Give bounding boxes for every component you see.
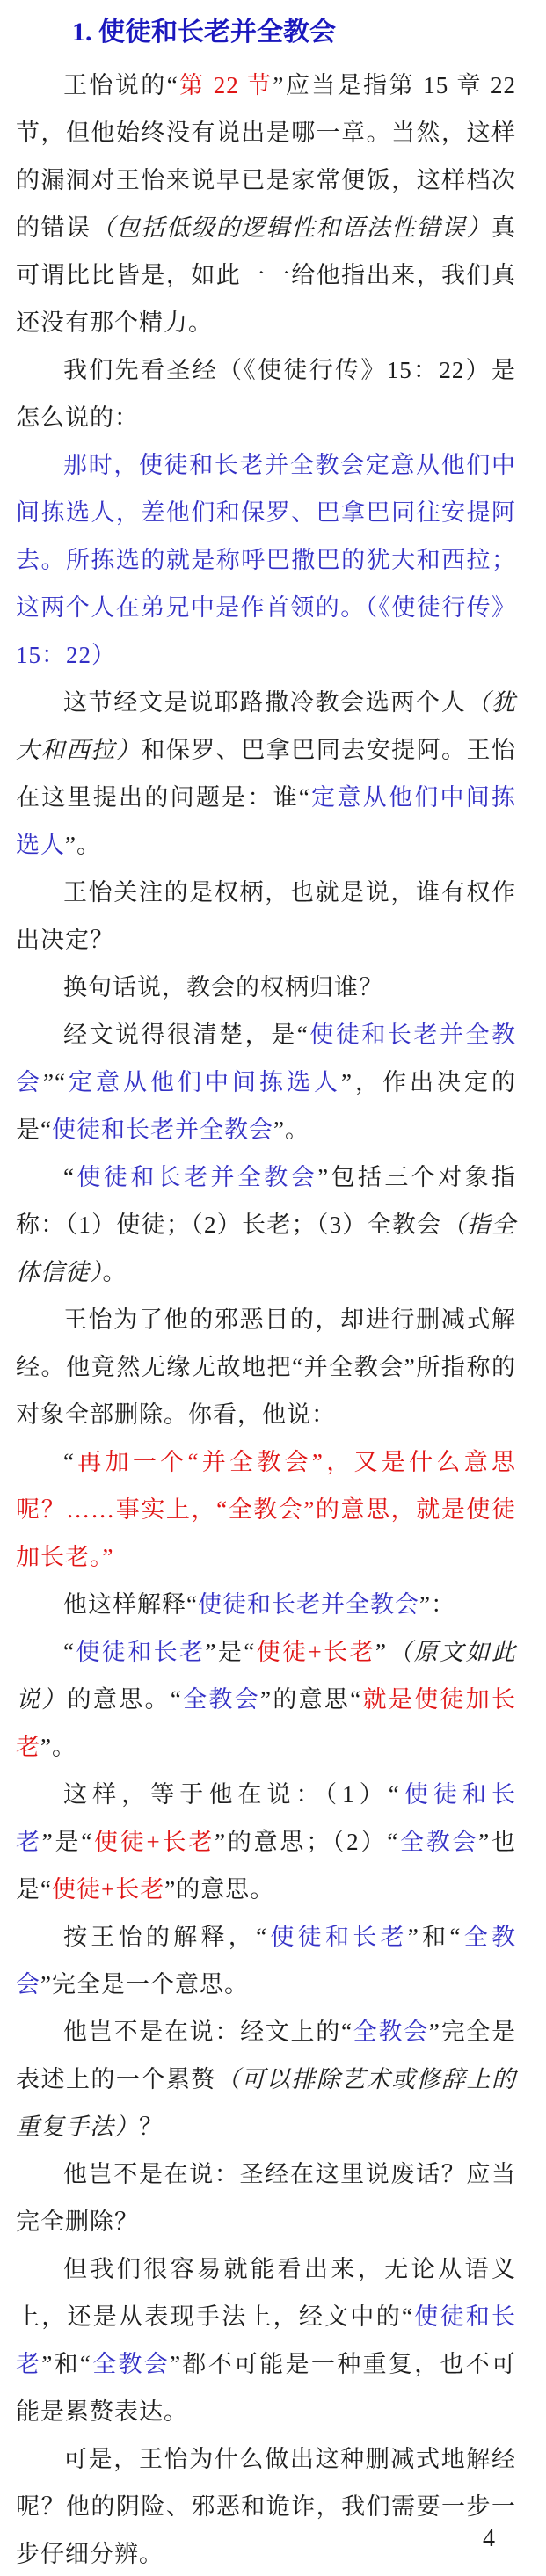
text-run: 我们先看圣经（《使徒行传》15：22）是怎么说的： [16,357,516,431]
text-run: 使徒+长老 [52,1876,164,1903]
page-title: 1. 使徒和长老并全教会 [72,12,516,53]
paragraph: 换句话说，教会的权柄归谁？ [16,964,516,1011]
text-run: ”。 [65,832,101,858]
text-run: “ [63,1449,75,1475]
text-run: ” [375,1639,387,1665]
text-run: 使徒和长老 [75,1639,205,1665]
text-run: ”是“ [205,1639,255,1665]
paragraph: “再加一个“并全教会”，又是什么意思呢？……事实上，“全教会”的意思，就是使徒加… [16,1438,516,1581]
text-run: ”是“ [42,1829,93,1855]
paragraph: “使徒和长老”是“使徒+长老”（原文如此说）的意思。“全教会”的意思“就是使徒加… [16,1628,516,1771]
text-run: 定意从他们中间拣选人 [66,1069,341,1095]
paragraph: 王怡为了他的邪恶目的，却进行删减式解经。他竟然无缘无故地把“并全教会”所指称的对… [16,1296,516,1438]
paragraph: 那时，使徒和长老并全教会定意从他们中间拣选人，差他们和保罗、巴拿巴同往安提阿去。… [16,441,516,679]
text-run: ”。 [40,1734,76,1760]
text-run: 这样，等于他在说：（1）“ [63,1781,400,1808]
paragraph: 王怡关注的是权柄，也就是说，谁有权作出决定？ [16,869,516,964]
text-run: ”的意思；（2）“ [215,1829,398,1855]
paragraph: 他岂不是在说：经文上的“全教会”完全是表述上的一个累赘（可以排除艺术或修辞上的重… [16,2008,516,2150]
paragraph: 王怡说的“第 22 节”应当是指第 15 章 22 节，但他始终没有说出是哪一章… [16,62,516,346]
text-run: 王怡说的“ [63,72,178,98]
text-run: 他岂不是在说：经文上的“ [63,2019,353,2045]
document-body: 王怡说的“第 22 节”应当是指第 15 章 22 节，但他始终没有说出是哪一章… [16,62,516,2576]
text-run: 王怡关注的是权柄，也就是说，谁有权作出决定？ [16,879,516,953]
text-run: ”： [419,1591,455,1618]
text-run: （包括低级的逻辑性和语法性错误） [91,215,491,241]
text-run: 这节经文是说耶路撒冷教会选两个人 [63,689,466,716]
paragraph: 但我们很容易就能看出来，无论从语义上，还是从表现手法上，经文中的“使徒和长老”和… [16,2245,516,2435]
paragraph: 这节经文是说耶路撒冷教会选两个人（犹大和西拉）和保罗、巴拿巴同去安提阿。王怡在这… [16,679,516,869]
text-run: 使徒和长老并全教会 [52,1117,273,1143]
paragraph: 这样，等于他在说：（1）“使徒和长老”是“使徒+长老”的意思；（2）“全教会”也… [16,1771,516,1913]
paragraph: 按王怡的解释，“使徒和长老”和“全教会”完全是一个意思。 [16,1913,516,2008]
paragraph: 经文说得很清楚，是“使徒和长老并全教会”“定意从他们中间拣选人”，作出决定的是“… [16,1011,516,1153]
text-run: 可是，王怡为什么做出这种删减式地解经呢？他的阴险、邪恶和诡诈，我们需要一步一步仔… [16,2446,516,2567]
paragraph: “使徒和长老并全教会”包括三个对象指称：（1）使徒；（2）长老；（3）全教会（指… [16,1153,516,1296]
paragraph: 可是，王怡为什么做出这种删减式地解经呢？他的阴险、邪恶和诡诈，我们需要一步一步仔… [16,2435,516,2576]
text-run: ”和“ [408,1924,462,1950]
text-run: 使徒和长老 [267,1924,408,1950]
text-run: ”“ [43,1069,66,1095]
text-run: “ [63,1639,75,1665]
text-run: 经文说得很清楚，是“ [63,1022,309,1048]
text-run: ？ [139,2114,164,2140]
text-run: ”和“ [41,2351,91,2377]
text-run: 。 [103,1259,127,1285]
text-run: “ [63,1164,75,1190]
text-run: 全教会 [353,2019,429,2045]
text-run: 的意思。“ [68,1686,182,1713]
text-run: ”的意思“ [260,1686,361,1713]
paragraph: 我们先看圣经（《使徒行传》15：22）是怎么说的： [16,346,516,441]
text-run: 那时，使徒和长老并全教会定意从他们中间拣选人，差他们和保罗、巴拿巴同往安提阿去。… [16,452,516,668]
text-run: 他这样解释“ [63,1591,198,1618]
text-run: 换句话说，教会的权柄归谁？ [63,974,383,1001]
text-run: ”。 [273,1117,309,1143]
text-run: 全教会 [398,1829,478,1855]
text-run: 使徒和长老并全教会 [75,1164,317,1190]
document-page: 1. 使徒和长老并全教会 王怡说的“第 22 节”应当是指第 15 章 22 节… [0,0,546,2576]
text-run: ”完全是一个意思。 [40,1971,249,1997]
paragraph: 他这样解释“使徒和长老并全教会”： [16,1581,516,1628]
text-run: 使徒和长老并全教会 [198,1591,419,1618]
text-run: 再加一个“并全教会”，又是什么意思呢？……事实上，“全教会”的意思，就是使徒加长… [16,1449,516,1570]
text-run: 使徒+长老 [92,1829,215,1855]
text-run: ”的意思。 [164,1876,274,1903]
paragraph: 他岂不是在说：圣经在这里说废话？应当完全删除？ [16,2150,516,2245]
text-run: 使徒+长老 [255,1639,375,1665]
text-run: 王怡为了他的邪恶目的，却进行删减式解经。他竟然无缘无故地把“并全教会”所指称的对… [16,1306,516,1428]
text-run: 第 22 节 [178,72,273,98]
text-run: 全教会 [91,2351,170,2377]
text-run: 他岂不是在说：圣经在这里说废话？应当完全删除？ [16,2161,516,2235]
page-number: 4 [483,2525,495,2553]
text-run: 全教会 [182,1686,260,1713]
text-run: 按王怡的解释，“ [63,1924,267,1950]
